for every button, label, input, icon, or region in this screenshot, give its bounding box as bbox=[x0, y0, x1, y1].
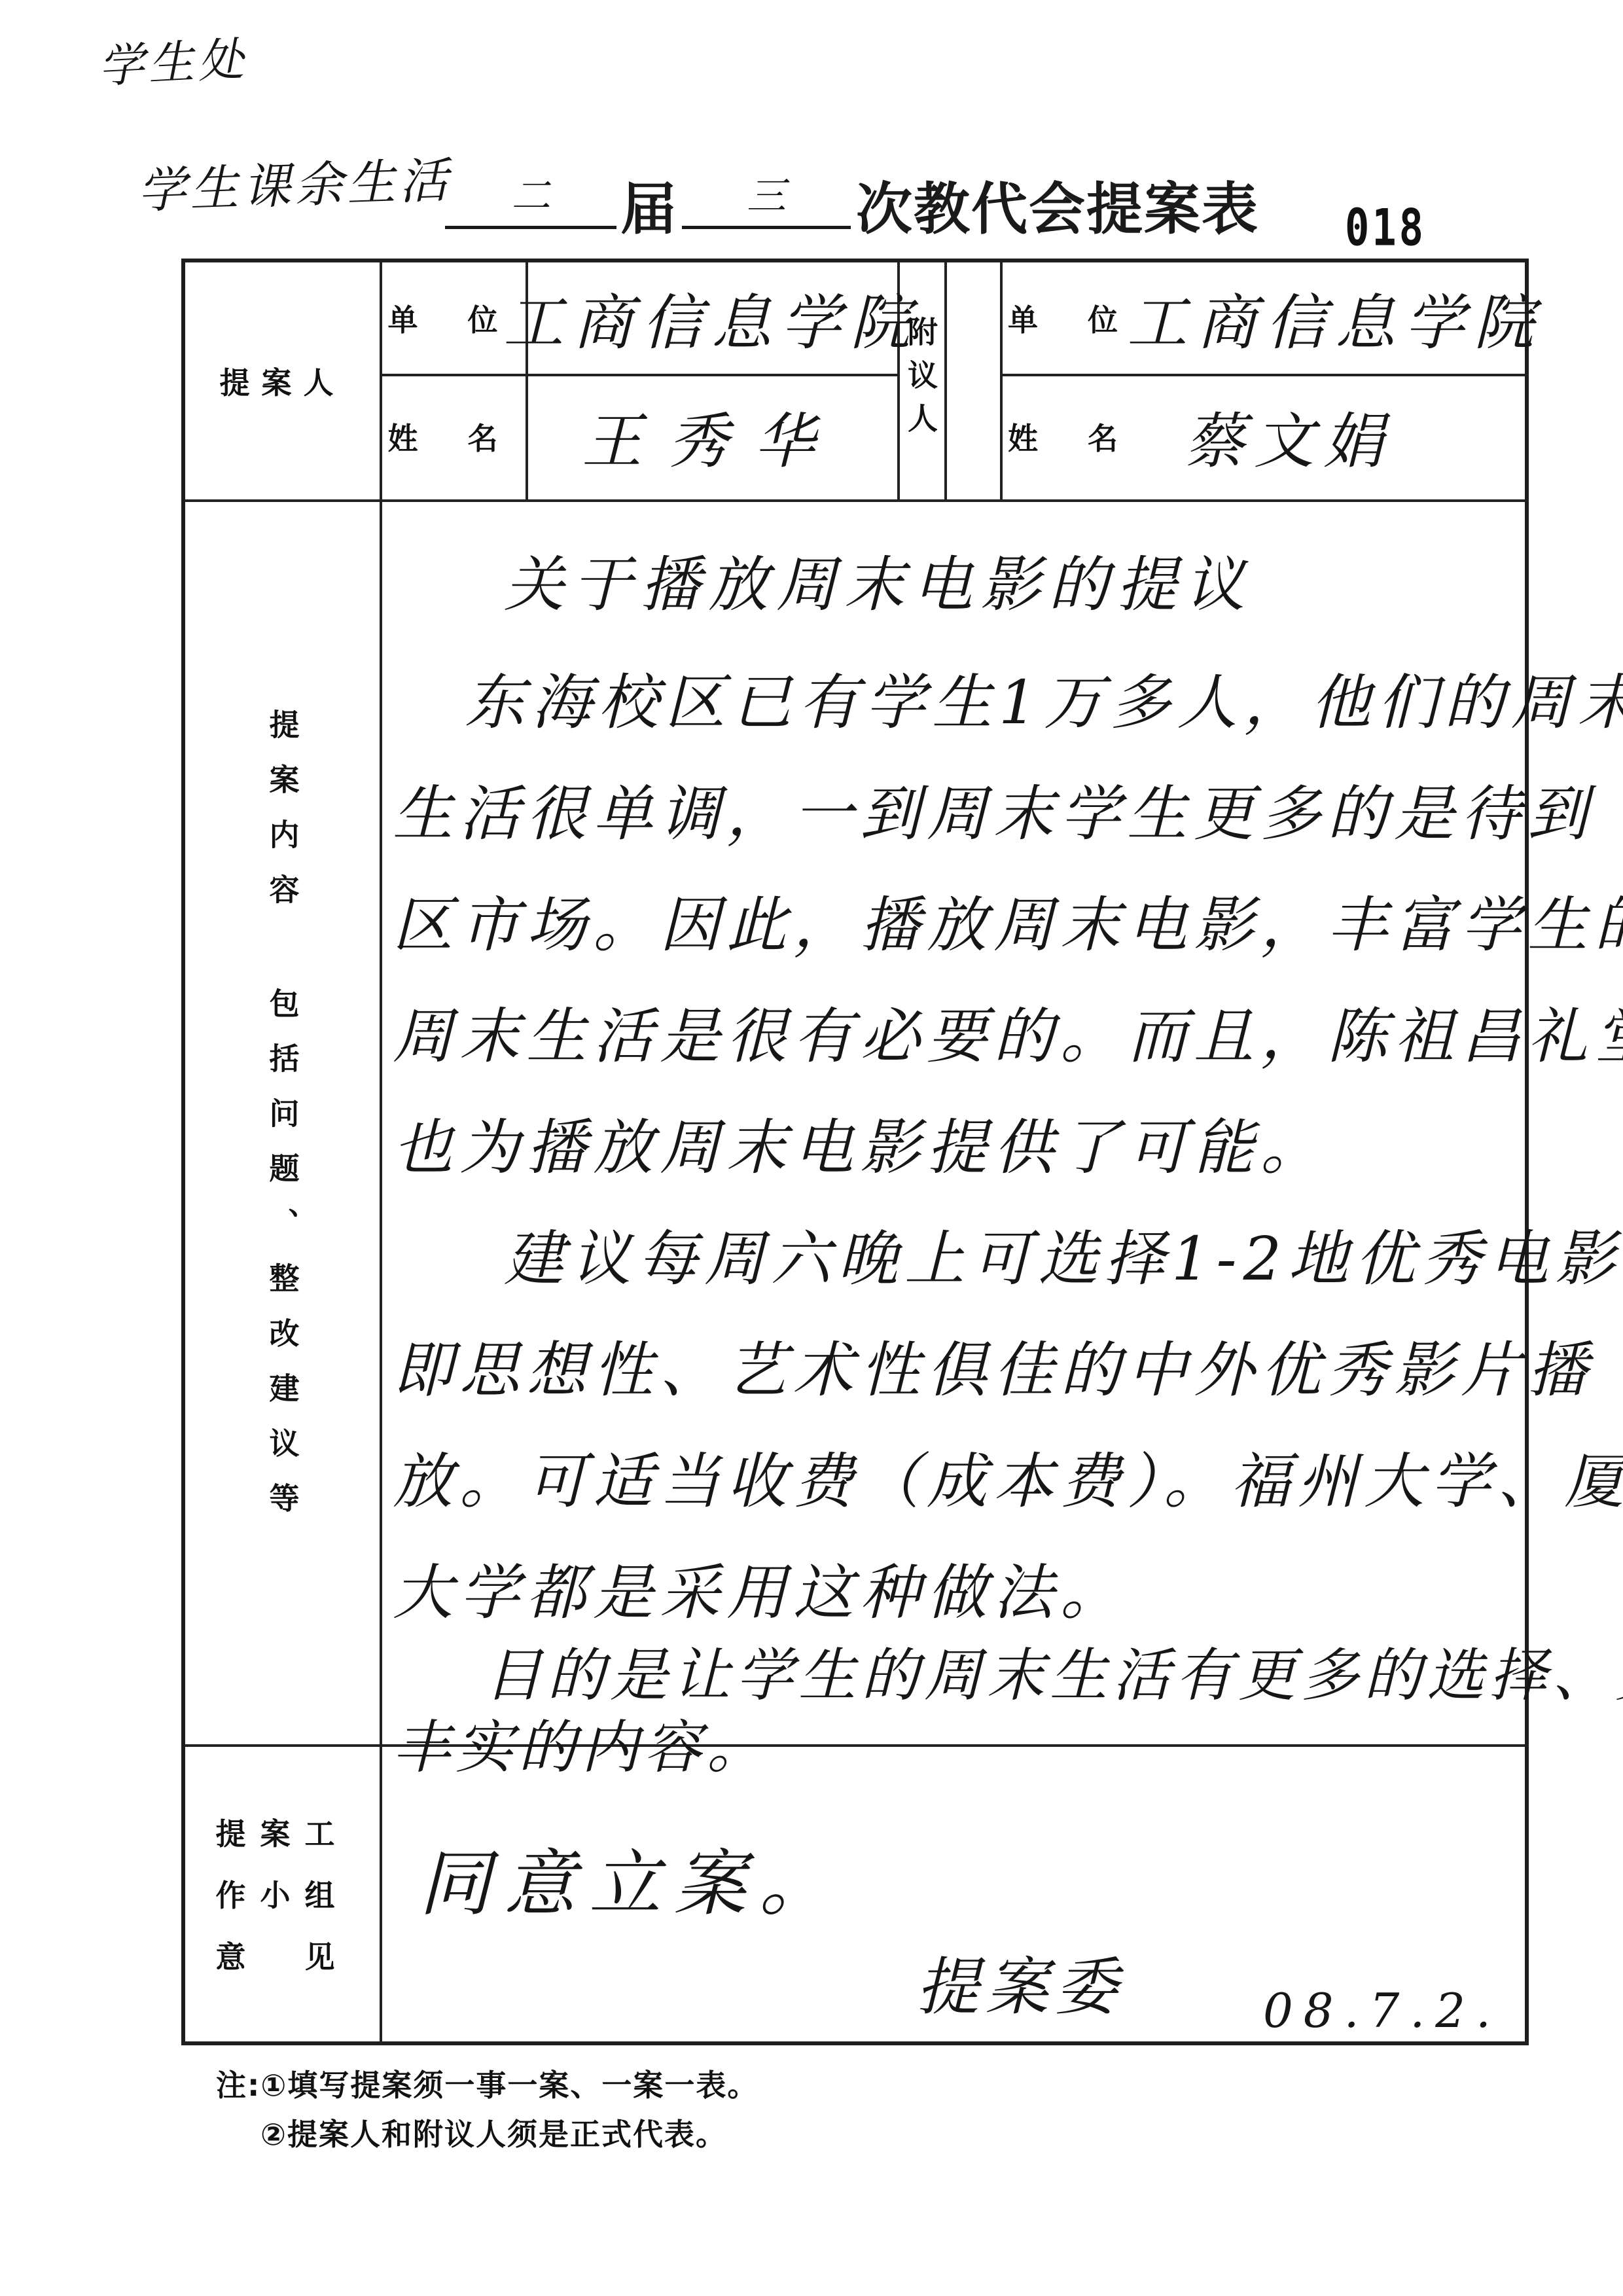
divider bbox=[185, 1744, 1529, 1747]
review-label-row: 意 见 bbox=[216, 1933, 349, 1977]
content-line[interactable]: 大学都是采用这种做法。 bbox=[393, 1545, 1127, 1631]
proposal-title[interactable]: 关于播放周末电影的提议 bbox=[504, 537, 1253, 623]
handwritten-annotation-dept: 学生处 bbox=[97, 22, 249, 96]
divider bbox=[185, 499, 1529, 502]
session-label: 届 bbox=[620, 164, 677, 245]
content-line[interactable]: 东海校区已有学生1万多人，他们的周末 bbox=[465, 655, 1623, 741]
content-section-label: 提案内容 包括问题、整改建议等 bbox=[185, 499, 380, 1743]
content-label-primary: 提案内容 bbox=[261, 709, 304, 929]
seconder-unit-value[interactable]: 工商信息学院 bbox=[1145, 262, 1525, 374]
review-signature[interactable]: 提案委 bbox=[916, 1937, 1124, 2027]
content-line[interactable]: 也为播放周末电影提供了可能。 bbox=[393, 1100, 1327, 1186]
content-label-secondary: 包括问题、整改建议等 bbox=[261, 988, 304, 1537]
content-line[interactable]: 区市场。因此，播放周末电影，丰富学生的 bbox=[393, 877, 1623, 963]
review-label-row: 作小组 bbox=[216, 1872, 349, 1915]
serial-number-stamp: 018 bbox=[1345, 198, 1426, 257]
content-line[interactable]: 即思想性、艺术性俱佳的中外优秀影片播 bbox=[393, 1322, 1594, 1408]
review-label-row: 提案工 bbox=[216, 1810, 349, 1854]
note-line-1: 注:①填写提案须一事一案、一案一表。 bbox=[216, 2062, 758, 2105]
seconder-section-label: 附议人 bbox=[897, 262, 944, 499]
proposer-name-value[interactable]: 王秀华 bbox=[526, 374, 897, 499]
seconder-name-label: 姓 名 bbox=[1000, 374, 1145, 499]
content-line[interactable]: 目的是让学生的周末生活有更多的选择、更 bbox=[484, 1630, 1623, 1712]
review-section-label: 提案工 作小组 意 见 bbox=[185, 1744, 380, 2042]
review-date[interactable]: 08.7.2. bbox=[1263, 1983, 1501, 2038]
session-number-value: 二 bbox=[511, 173, 550, 219]
content-line[interactable]: 生活很单调，一到周末学生更多的是待到 bbox=[393, 766, 1594, 852]
review-opinion[interactable]: 同意立案。 bbox=[419, 1826, 844, 1929]
note-line-2: ②提案人和附议人须是正式代表。 bbox=[260, 2111, 727, 2154]
content-line[interactable]: 周末生活是很有必要的。而且，陈祖昌礼堂 bbox=[393, 988, 1623, 1075]
page-title: 次教代会提案表 bbox=[856, 164, 1259, 245]
content-line[interactable]: 放。可适当收费（成本费）。福州大学、厦门 bbox=[393, 1433, 1623, 1520]
content-line[interactable]: 丰实的内容。 bbox=[393, 1702, 770, 1784]
seconder-unit-label-wrap bbox=[944, 262, 1000, 374]
meeting-number-value: 三 bbox=[747, 173, 786, 219]
content-line[interactable]: 建议每周六晚上可选择1-2地优秀电影， bbox=[504, 1211, 1623, 1297]
proposer-section-label: 提案人 bbox=[185, 262, 380, 499]
seconder-unit-label: 单 位 bbox=[1000, 262, 1145, 374]
handwritten-annotation-topic: 学生课余生活 bbox=[136, 142, 452, 223]
proposer-unit-value[interactable]: 工商信息学院 bbox=[526, 262, 897, 374]
divider bbox=[380, 262, 382, 2045]
session-number-field: 二 bbox=[445, 167, 616, 229]
proposer-name-label: 姓 名 bbox=[380, 374, 526, 499]
meeting-number-field: 三 bbox=[682, 167, 851, 229]
seconder-name-value[interactable]: 蔡文娟 bbox=[1145, 374, 1525, 499]
